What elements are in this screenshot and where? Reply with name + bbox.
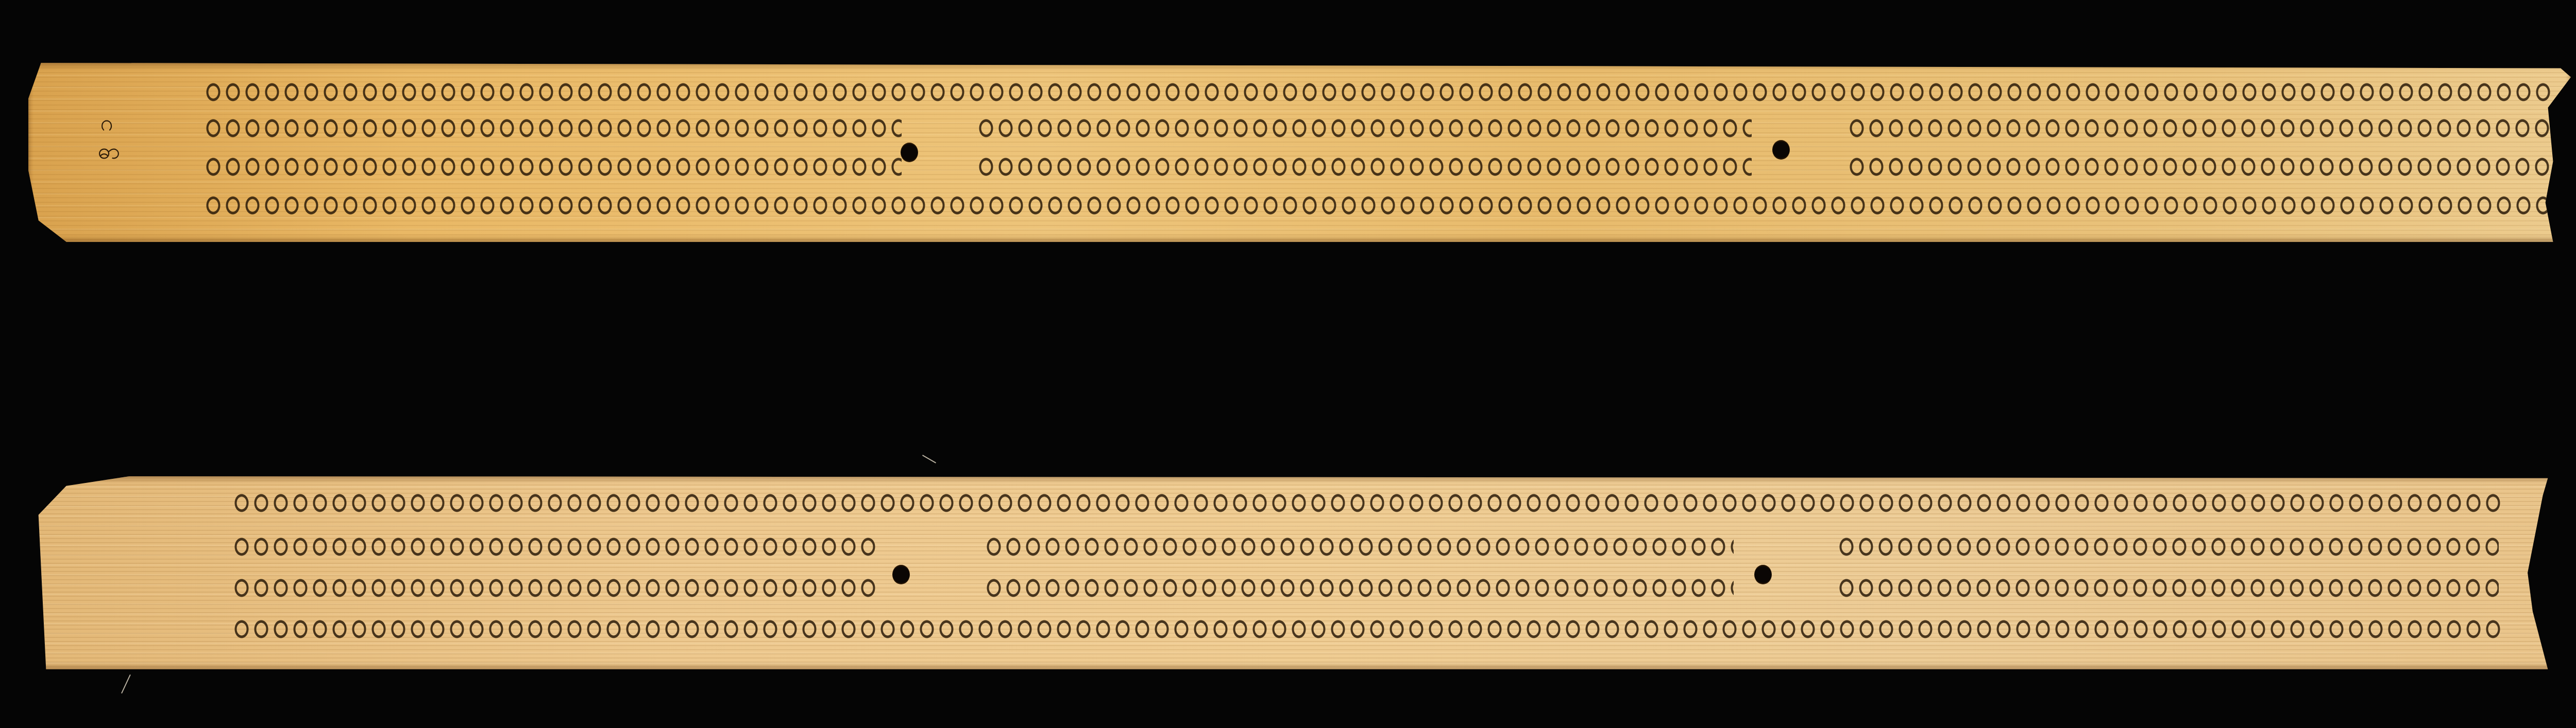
- palm-leaf-top: ဂ ဓာ: [28, 63, 2571, 242]
- script-line-1: [234, 492, 2501, 514]
- folio-mark-2: ဓာ: [98, 140, 120, 163]
- script-line-4: [234, 618, 2501, 640]
- binding-hole-right: [1754, 565, 1772, 584]
- script-line-3b: [987, 577, 1734, 599]
- script-line-2c: [1839, 535, 2499, 558]
- binding-hole-left: [892, 565, 910, 584]
- script-line-2a: [234, 535, 878, 558]
- script-line-3c: [1839, 577, 2499, 599]
- script-line-1: [206, 81, 2550, 103]
- script-line-3a: [206, 155, 902, 178]
- stray-fiber: [121, 674, 131, 694]
- folio-mark-1: ဂ: [100, 112, 113, 134]
- script-line-2c: [1850, 117, 2550, 140]
- script-line-3b: [979, 155, 1752, 178]
- script-line-3c: [1850, 155, 2550, 178]
- script-line-4: [206, 194, 2550, 217]
- script-line-3a: [234, 577, 878, 599]
- palm-leaf-bottom: [28, 476, 2558, 669]
- script-line-2a: [206, 117, 902, 140]
- script-line-2b: [987, 535, 1734, 558]
- binding-hole-right: [1772, 140, 1790, 160]
- script-line-2b: [979, 117, 1752, 140]
- binding-hole-left: [901, 143, 918, 162]
- stray-fiber: [922, 455, 936, 463]
